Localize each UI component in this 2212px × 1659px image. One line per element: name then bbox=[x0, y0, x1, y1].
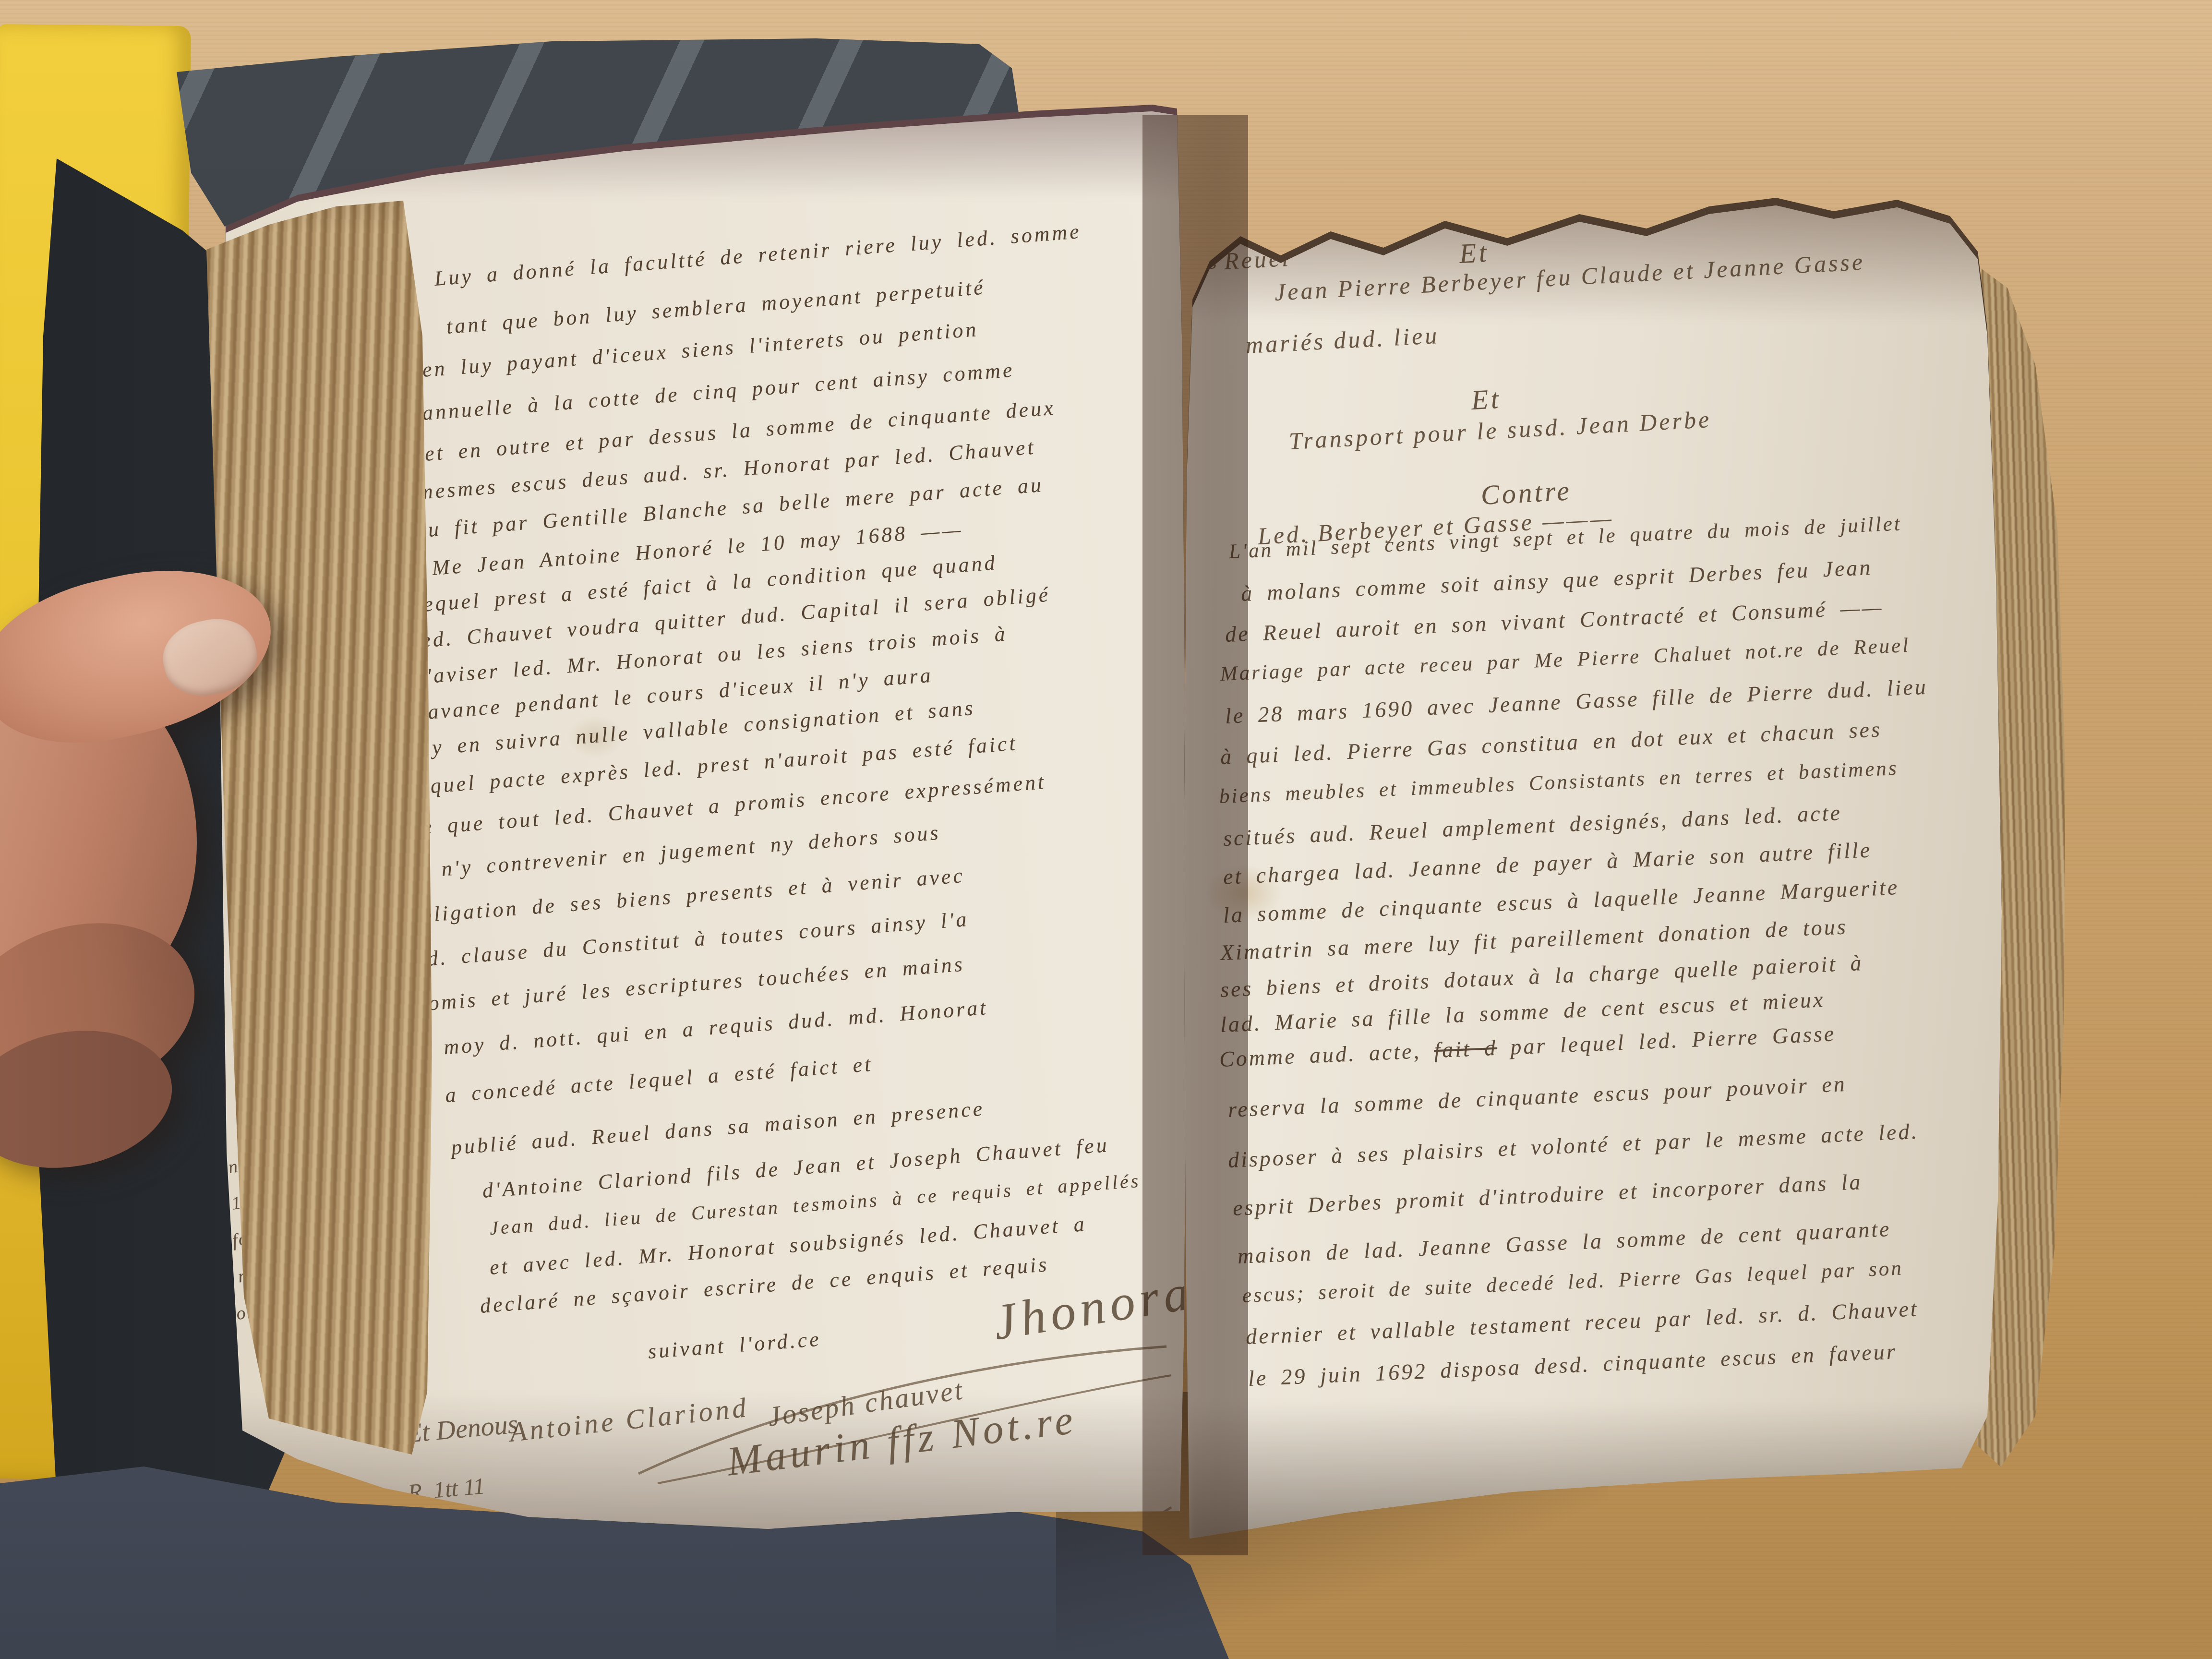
manuscript-photo: Luy a donné la facultté de retenir riere… bbox=[0, 0, 2212, 1659]
hand-holding-page bbox=[0, 0, 2212, 1659]
